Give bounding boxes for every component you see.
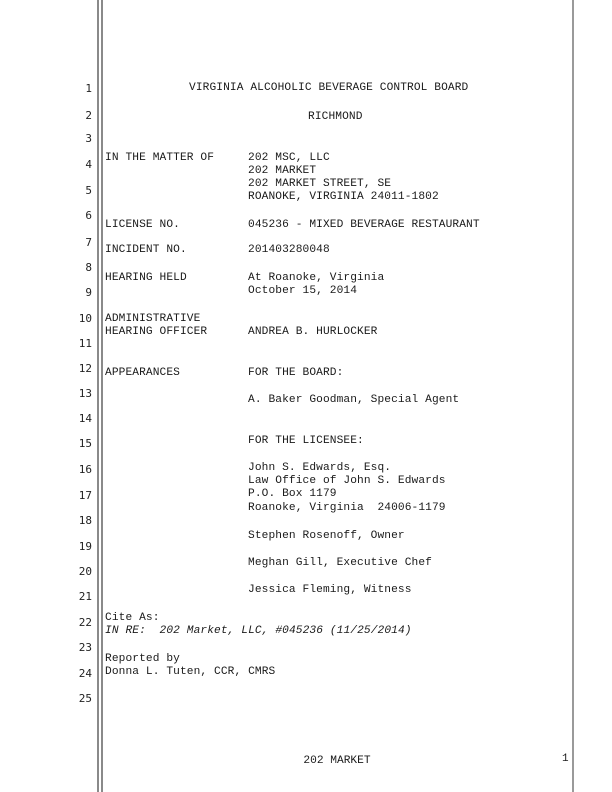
line-number: 13 — [78, 387, 92, 400]
line-number: 16 — [78, 463, 92, 476]
line-number: 15 — [78, 437, 92, 450]
incident-label: INCIDENT NO. — [105, 244, 187, 258]
line-number: 6 — [78, 209, 92, 222]
hearing-line: At Roanoke, Virginia — [248, 272, 384, 286]
page-footer: 202 MARKET — [0, 755, 612, 767]
appearance-other: Meghan Gill, Executive Chef — [248, 557, 432, 571]
board-city: RICHMOND — [308, 111, 363, 125]
line-number: 18 — [78, 514, 92, 527]
line-number: 25 — [78, 692, 92, 705]
line-number: 24 — [78, 667, 92, 680]
counsel-line: P.O. Box 1179 — [248, 488, 337, 502]
board-representative: A. Baker Goodman, Special Agent — [248, 394, 459, 408]
matter-line: 202 MSC, LLC — [248, 152, 330, 166]
line-number: 19 — [78, 540, 92, 553]
reporter-value: Donna L. Tuten, CCR, CMRS — [105, 666, 275, 680]
line-number: 5 — [78, 184, 92, 197]
officer-label: HEARING OFFICER — [105, 326, 207, 340]
line-number: 20 — [78, 565, 92, 578]
board-title: VIRGINIA ALCOHOLIC BEVERAGE CONTROL BOAR… — [189, 82, 468, 96]
line-number: 21 — [78, 590, 92, 603]
officer-value: ANDREA B. HURLOCKER — [248, 326, 377, 340]
matter-line: 202 MARKET STREET, SE — [248, 178, 391, 192]
left-margin-rule-inner — [101, 0, 103, 792]
page-number: 1 — [562, 753, 569, 765]
line-number: 3 — [78, 132, 92, 145]
line-number: 7 — [78, 236, 92, 249]
licensee-heading: FOR THE LICENSEE: — [248, 435, 364, 449]
right-margin-rule — [572, 0, 574, 792]
line-number: 8 — [78, 261, 92, 274]
cite-label: Cite As: — [105, 612, 160, 626]
hearing-label: HEARING HELD — [105, 272, 187, 286]
license-value: 045236 - MIXED BEVERAGE RESTAURANT — [248, 219, 480, 233]
appearance-other: Jessica Fleming, Witness — [248, 584, 412, 598]
line-number: 17 — [78, 489, 92, 502]
board-heading: FOR THE BOARD: — [248, 367, 343, 381]
reporter-label: Reported by — [105, 653, 180, 667]
line-number: 23 — [78, 641, 92, 654]
cite-value: IN RE: 202 Market, LLC, #045236 (11/25/2… — [105, 625, 412, 639]
line-number: 11 — [78, 337, 92, 350]
license-label: LICENSE NO. — [105, 219, 180, 233]
appearances-label: APPEARANCES — [105, 367, 180, 381]
officer-label: ADMINISTRATIVE — [105, 313, 200, 327]
matter-line: 202 MARKET — [248, 165, 316, 179]
hearing-line: October 15, 2014 — [248, 285, 357, 299]
counsel-line: Law Office of John S. Edwards — [248, 475, 446, 489]
line-number: 2 — [78, 109, 92, 122]
counsel-line: Roanoke, Virginia 24006-1179 — [248, 502, 446, 516]
line-number: 12 — [78, 362, 92, 375]
counsel-line: John S. Edwards, Esq. — [248, 462, 391, 476]
matter-line: ROANOKE, VIRGINIA 24011-1802 — [248, 191, 439, 205]
matter-label: IN THE MATTER OF — [105, 152, 214, 166]
appearance-other: Stephen Rosenoff, Owner — [248, 530, 405, 544]
line-number: 14 — [78, 412, 92, 425]
line-number: 10 — [78, 312, 92, 325]
line-number: 22 — [78, 616, 92, 629]
line-number: 4 — [78, 158, 92, 171]
line-number: 9 — [78, 286, 92, 299]
left-margin-rule-outer — [97, 0, 99, 792]
incident-value: 201403280048 — [248, 244, 330, 258]
line-number: 1 — [78, 82, 92, 95]
